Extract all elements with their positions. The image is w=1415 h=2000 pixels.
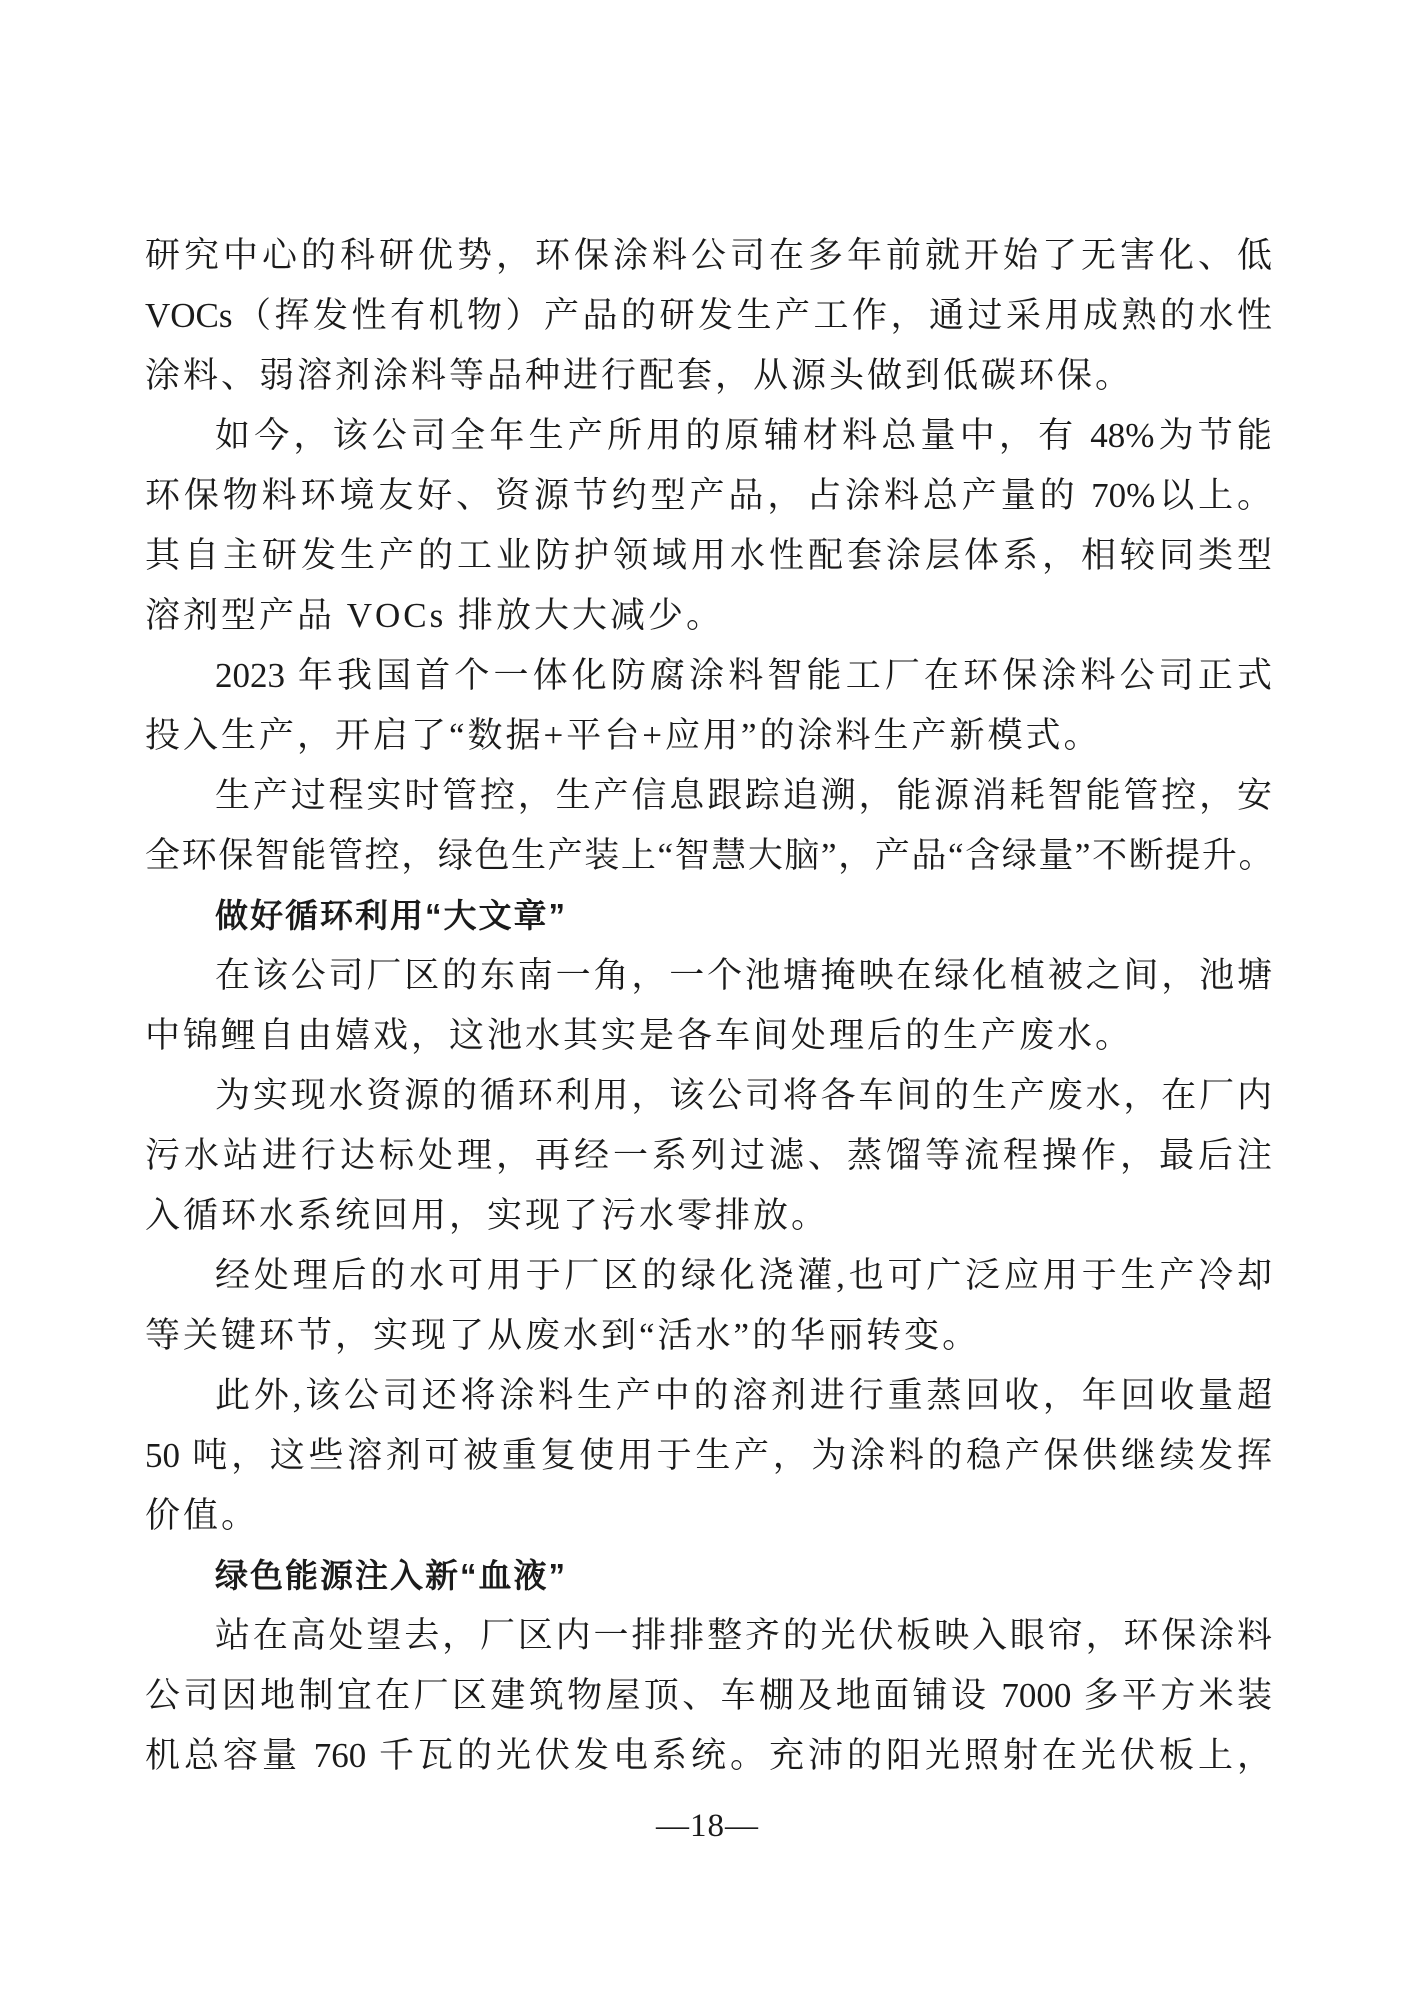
text-line: 污水站进行达标处理，再经一系列过滤、蒸馏等流程操作，最后注 <box>145 1126 1272 1186</box>
text-line: 生产过程实时管控，生产信息跟踪追溯，能源消耗智能管控，安 <box>145 766 1272 826</box>
text-line: 环保物料环境友好、资源节约型产品，占涂料总产量的 70%以上。 <box>145 466 1272 526</box>
text-line: 其自主研发生产的工业防护领域用水性配套涂层体系，相较同类型 <box>145 526 1272 586</box>
text-line: 机总容量 760 千瓦的光伏发电系统。充沛的阳光照射在光伏板上， <box>145 1726 1272 1786</box>
text-line: 公司因地制宜在厂区建筑物屋顶、车棚及地面铺设 7000 多平方米装 <box>145 1666 1272 1726</box>
text-line: 入循环水系统回用，实现了污水零排放。 <box>145 1186 1272 1246</box>
text-line: 等关键环节，实现了从废水到“活水”的华丽转变。 <box>145 1306 1272 1366</box>
text-line: 全环保智能管控，绿色生产装上“智慧大脑”，产品“含绿量”不断提升。 <box>145 826 1272 886</box>
text-line: 中锦鲤自由嬉戏，这池水其实是各车间处理后的生产废水。 <box>145 1006 1272 1066</box>
section-heading: 做好循环利用“大文章” <box>145 886 1272 946</box>
text-line: 此外,该公司还将涂料生产中的溶剂进行重蒸回收，年回收量超 <box>145 1366 1272 1426</box>
section-heading: 绿色能源注入新“血液” <box>145 1546 1272 1606</box>
text-line: 为实现水资源的循环利用，该公司将各车间的生产废水，在厂内 <box>145 1066 1272 1126</box>
text-line: 如今，该公司全年生产所用的原辅材料总量中，有 48%为节能 <box>145 406 1272 466</box>
document-page: 研究中心的科研优势，环保涂料公司在多年前就开始了无害化、低VOCs（挥发性有机物… <box>0 0 1415 2000</box>
text-line: 研究中心的科研优势，环保涂料公司在多年前就开始了无害化、低 <box>145 226 1272 286</box>
text-line: 2023 年我国首个一体化防腐涂料智能工厂在环保涂料公司正式 <box>145 646 1272 706</box>
page-number: —18— <box>0 1796 1415 1856</box>
document-body: 研究中心的科研优势，环保涂料公司在多年前就开始了无害化、低VOCs（挥发性有机物… <box>145 226 1272 1786</box>
text-line: 站在高处望去，厂区内一排排整齐的光伏板映入眼帘，环保涂料 <box>145 1606 1272 1666</box>
text-line: 50 吨，这些溶剂可被重复使用于生产，为涂料的稳产保供继续发挥 <box>145 1426 1272 1486</box>
text-line: 投入生产，开启了“数据+平台+应用”的涂料生产新模式。 <box>145 706 1272 766</box>
text-line: 溶剂型产品 VOCs 排放大大减少。 <box>145 586 1272 646</box>
text-line: 经处理后的水可用于厂区的绿化浇灌,也可广泛应用于生产冷却 <box>145 1246 1272 1306</box>
text-line: 涂料、弱溶剂涂料等品种进行配套，从源头做到低碳环保。 <box>145 346 1272 406</box>
text-line: VOCs（挥发性有机物）产品的研发生产工作，通过采用成熟的水性 <box>145 286 1272 346</box>
text-line: 价值。 <box>145 1486 1272 1546</box>
text-line: 在该公司厂区的东南一角，一个池塘掩映在绿化植被之间，池塘 <box>145 946 1272 1006</box>
